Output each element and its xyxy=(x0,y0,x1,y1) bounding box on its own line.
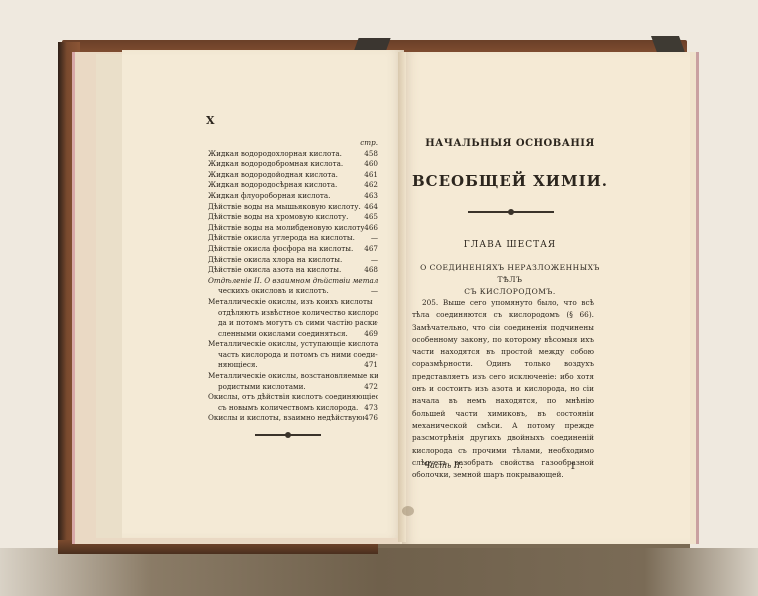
toc-header: стр. xyxy=(208,138,378,149)
toc-entry-title: родистыми кислотами. xyxy=(218,382,306,393)
toc-entry-title: Жидкая водородойодная кислота. xyxy=(208,170,338,181)
toc-entry-title: сленными окислами соединяться. xyxy=(218,329,348,340)
toc-entry: Жидкая водородойодная кислота.461 xyxy=(208,170,378,181)
toc-entry-title: Дѣйствіе окисла фосфора на кислоты. xyxy=(208,244,353,255)
toc-entry: часть кислорода и потомъ съ ними соеди- xyxy=(208,350,378,361)
toc-entry-title: да и потомъ могутъ съ сими частію раски- xyxy=(218,318,378,329)
toc-entry: Жидкая водородохлорная кислота.458 xyxy=(208,149,378,160)
toc-entry: Металлическіе окислы, уступающіе кислота… xyxy=(208,339,378,350)
toc-entry-title: часть кислорода и потомъ съ ними соеди- xyxy=(218,350,378,361)
chapter-subtitle-line1: О СОЕДИНЕНІЯХЪ НЕРАЗЛОЖЕННЫХЪ ТѢЛЪ xyxy=(410,262,610,286)
toc-entry-page: 471 xyxy=(364,360,378,371)
paper-stain xyxy=(402,506,414,516)
toc-entry: родистыми кислотами.472 xyxy=(208,382,378,393)
toc-entry-page: 469 xyxy=(364,329,378,340)
toc-entry: Окислы, отъ дѣйствія кислотъ соединяющіе… xyxy=(208,392,378,403)
toc-entry: Жидкая флуороборная кислота.463 xyxy=(208,191,378,202)
toc-entry-page: 466 xyxy=(364,223,378,234)
toc-entry-title: Жидкая водородосѣрная кислота. xyxy=(208,180,337,191)
toc-entry: отдѣляютъ извѣстное количество кислоро- xyxy=(208,308,378,319)
toc-entry-page: 460 xyxy=(364,159,378,170)
volume-signature: Часть II. xyxy=(424,461,463,470)
toc-entry: да и потомъ могутъ съ сими частію раски- xyxy=(208,318,378,329)
book-title-line2: ВСЕОБЩЕЙ ХИМІИ. xyxy=(410,172,610,190)
toc-entry-page: 463 xyxy=(364,191,378,202)
toc-entry-title: няющіеся. xyxy=(218,360,258,371)
toc-entry-title: Отдѣленіе II. О взаимном дѣйствіи металл… xyxy=(208,276,378,287)
toc-entry-page: 468 xyxy=(364,265,378,276)
toc-entry-page: 461 xyxy=(364,170,378,181)
toc-entry-title: Дѣйствіе окисла хлора на кислоты. xyxy=(208,255,342,266)
toc-entry: ческихъ окисловъ и кислотъ.— xyxy=(208,286,378,297)
toc-entry: Дѣйствіе воды на мышьяковую кислоту.464 xyxy=(208,202,378,213)
toc-entry: съ новымъ количествомъ кислорода.473 xyxy=(208,403,378,414)
toc-entry-title: Жидкая водородобромная кислота. xyxy=(208,159,343,170)
toc-entry-title: Дѣйствіе окисла углерода на кислоты. xyxy=(208,233,355,244)
toc-entry: Металлическіе окислы, изъ коихъ кислоты xyxy=(208,297,378,308)
toc-entry-page: — xyxy=(371,255,378,266)
chapter-heading: ГЛАВА ШЕСТАЯ xyxy=(410,240,610,250)
toc-entry-title: Металлическіе окислы, изъ коихъ кислоты xyxy=(208,297,373,308)
toc-entry-title: Металлическіе окислы, возстановляемые ки… xyxy=(208,371,378,382)
toc-entry: Дѣйствіе воды на молибденовую кислоту.46… xyxy=(208,223,378,234)
toc-entry-page: 473 xyxy=(364,403,378,414)
toc-entry-page: 458 xyxy=(364,149,378,160)
toc-entry: Дѣйствіе воды на хромовую кислоту.465 xyxy=(208,212,378,223)
toc-entry-title: Металлическіе окислы, уступающіе кислота… xyxy=(208,339,378,350)
toc-entry-title: Окислы, отъ дѣйствія кислотъ соединяющіе… xyxy=(208,392,378,403)
toc-entry-title: Дѣйствіе воды на мышьяковую кислоту. xyxy=(208,202,361,213)
body-text: 205. Выше сего упомянуто было, что всѣ т… xyxy=(412,297,594,481)
toc-entry-page: 462 xyxy=(364,180,378,191)
chapter-subtitle: О СОЕДИНЕНІЯХЪ НЕРАЗЛОЖЕННЫХЪ ТѢЛЪ СЪ КИ… xyxy=(410,262,610,298)
right-page-number: 1 xyxy=(570,462,576,472)
toc-entry: Жидкая водородобромная кислота.460 xyxy=(208,159,378,170)
toc-entry-page: 464 xyxy=(364,202,378,213)
toc-entry-title: Дѣйствіе воды на молибденовую кислоту. xyxy=(208,223,364,234)
toc-entry: Жидкая водородосѣрная кислота.462 xyxy=(208,180,378,191)
table-of-contents: стр. Жидкая водородохлорная кислота.458Ж… xyxy=(208,138,378,424)
toc-entry: Дѣйствіе окисла фосфора на кислоты.467 xyxy=(208,244,378,255)
toc-entry-page: 467 xyxy=(364,244,378,255)
toc-entry-title: отдѣляютъ извѣстное количество кислоро- xyxy=(218,308,378,319)
toc-entry-title: ческихъ окисловъ и кислотъ. xyxy=(218,286,329,297)
toc-entry: сленными окислами соединяться.469 xyxy=(208,329,378,340)
book-title-line1: НАЧАЛЬНЫЯ ОСНОВАНІЯ xyxy=(410,138,610,149)
ornament-divider-right xyxy=(468,211,554,213)
toc-entry-title: Дѣйствіе окисла азота на кислоты. xyxy=(208,265,341,276)
toc-entry-page: — xyxy=(371,233,378,244)
toc-entry-title: Дѣйствіе воды на хромовую кислоту. xyxy=(208,212,348,223)
toc-entry: Дѣйствіе окисла углерода на кислоты.— xyxy=(208,233,378,244)
left-page-number: X xyxy=(206,114,215,127)
toc-entry: Дѣйствіе окисла азота на кислоты.468 xyxy=(208,265,378,276)
toc-entry: Металлическіе окислы, возстановляемые ки… xyxy=(208,371,378,382)
toc-entry-title: Жидкая водородохлорная кислота. xyxy=(208,149,342,160)
toc-entry: Отдѣленіе II. О взаимном дѣйствіи металл… xyxy=(208,276,378,287)
table-surface xyxy=(0,548,758,596)
toc-entry: Дѣйствіе окисла хлора на кислоты.— xyxy=(208,255,378,266)
toc-entry-title: съ новымъ количествомъ кислорода. xyxy=(218,403,358,414)
book-gutter xyxy=(398,52,406,542)
toc-entry: няющіеся.471 xyxy=(208,360,378,371)
toc-entry: Окислы и кислоты, взаимно недѣйствующіе.… xyxy=(208,413,378,424)
toc-entry-page: 465 xyxy=(364,212,378,223)
toc-entry-page: 472 xyxy=(364,382,378,393)
toc-entry-page: 476 xyxy=(364,413,378,424)
toc-entry-page: — xyxy=(371,286,378,297)
paragraph-205: 205. Выше сего упомянуто было, что всѣ т… xyxy=(412,297,594,481)
ornament-divider-left xyxy=(255,434,321,436)
toc-entry-title: Жидкая флуороборная кислота. xyxy=(208,191,330,202)
toc-entry-title: Окислы и кислоты, взаимно недѣйствующіе. xyxy=(208,413,364,424)
